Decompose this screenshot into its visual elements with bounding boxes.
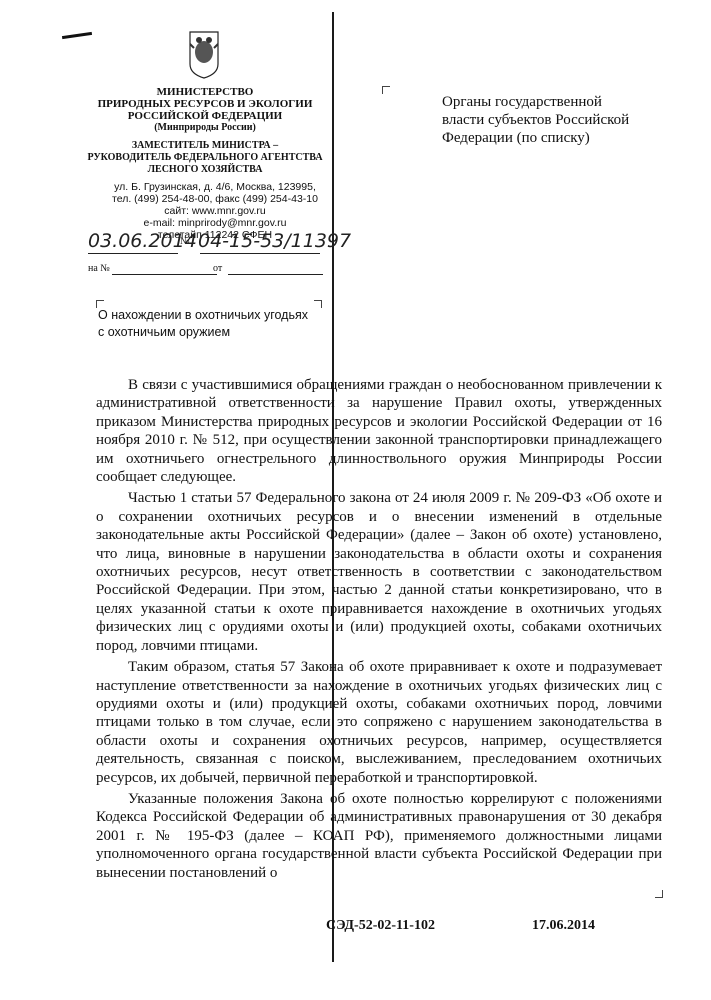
reference-from-label: от — [213, 263, 222, 274]
paragraph-2: Частью 1 статьи 57 Федерального закона о… — [96, 489, 662, 655]
addressee-block: Органы государственной власти субъектов … — [442, 93, 642, 147]
letter-body: В связи с участившимися обращениями граж… — [96, 376, 662, 885]
addressee-line-2: власти субъектов Российской — [442, 111, 642, 129]
paragraph-1: В связи с участившимися обращениями граж… — [96, 376, 662, 486]
paragraph-4: Указанные положения Закона об охоте полн… — [96, 790, 662, 882]
addressee-line-1: Органы государственной — [442, 93, 642, 111]
reference-label: на № — [88, 263, 110, 274]
subject-corner-right — [314, 300, 322, 308]
reference-row: на № от — [88, 263, 110, 274]
ministry-name-line-2: ПРИРОДНЫХ РЕСУРСОВ И ЭКОЛОГИИ — [80, 98, 330, 110]
number-label: № — [180, 236, 190, 247]
addressee-line-3: Федерации (по списку) — [442, 129, 642, 147]
reference-date-underline — [228, 274, 323, 275]
email-link[interactable]: e-mail: minprirody@mnr.gov.ru — [80, 217, 350, 229]
letterhead: МИНИСТЕРСТВО ПРИРОДНЫХ РЕСУРСОВ И ЭКОЛОГ… — [80, 86, 330, 176]
date-underline — [88, 253, 178, 254]
position-line-1: ЗАМЕСТИТЕЛЬ МИНИСТРА – — [80, 140, 330, 152]
registry-date: 17.06.2014 — [532, 918, 595, 934]
reference-number-underline — [112, 274, 217, 275]
position-line-3: ЛЕСНОГО ХОЗЯЙСТВА — [80, 164, 330, 176]
subject-line-2: с охотничьим оружием — [98, 324, 308, 341]
ministry-short-name: (Минприроды России) — [80, 122, 330, 134]
registration-number: 04-15-53/11397 — [198, 230, 351, 252]
position-line-2: РУКОВОДИТЕЛЬ ФЕДЕРАЛЬНОГО АГЕНТСТВА — [80, 152, 330, 164]
ministry-name-line-1: МИНИСТЕРСТВО — [80, 86, 330, 98]
registry-code: СЭД-52-02-11-102 — [326, 918, 435, 934]
paragraph-3: Таким образом, статья 57 Закона об охоте… — [96, 658, 662, 787]
address: ул. Б. Грузинская, д. 4/6, Москва, 12399… — [80, 181, 350, 193]
addressee-corner-mark — [382, 86, 390, 94]
bottom-corner-mark — [655, 890, 663, 898]
coat-of-arms-icon — [188, 30, 220, 80]
scan-artifact-dash — [62, 32, 92, 39]
subject-line-1: О нахождении в охотничьих угодьях — [98, 307, 308, 324]
number-underline — [200, 253, 320, 254]
phone-fax: тел. (499) 254-48-00, факс (499) 254-43-… — [80, 193, 350, 205]
subject-block: О нахождении в охотничьих угодьях с охот… — [98, 307, 308, 341]
website-link[interactable]: сайт: www.mnr.gov.ru — [80, 205, 350, 217]
ministry-name-line-3: РОССИЙСКОЙ ФЕДЕРАЦИИ — [80, 110, 330, 122]
